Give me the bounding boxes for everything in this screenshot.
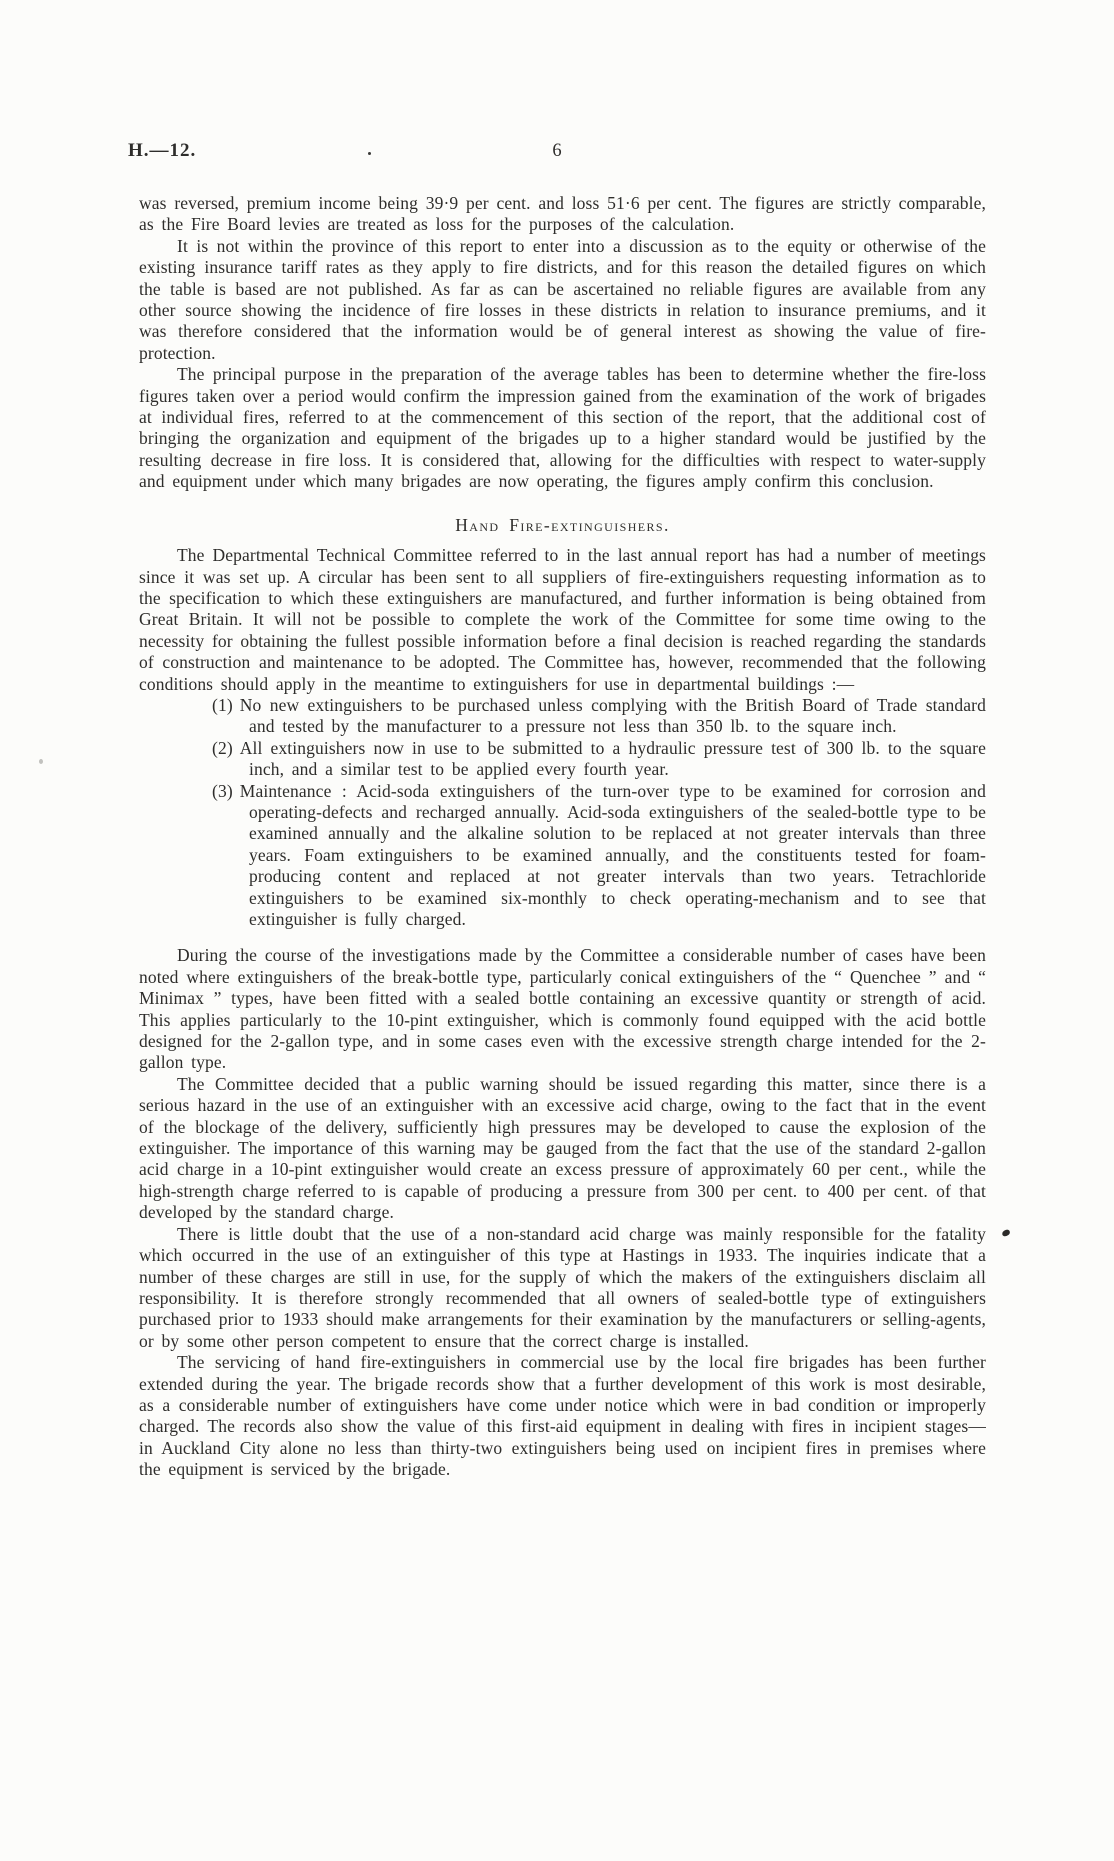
paragraph: The Committee decided that a public warn…	[139, 1074, 986, 1224]
margin-speck	[39, 759, 43, 764]
list-item-number: (1)	[212, 695, 233, 715]
closing-paragraphs: During the course of the investigations …	[139, 945, 986, 1480]
doc-reference: H.—12.	[128, 140, 196, 161]
document-page: H.—12. 6 was reversed, premium income be…	[0, 0, 1114, 1861]
ink-speck	[368, 152, 371, 155]
list-item-text: No new extinguishers to be purchased unl…	[240, 695, 986, 736]
paragraph-continuation: was reversed, premium income being 39·9 …	[139, 193, 986, 236]
list-item: (1)No new extinguishers to be purchased …	[249, 695, 986, 738]
conditions-list: (1)No new extinguishers to be purchased …	[139, 695, 986, 930]
ink-blot	[1001, 1229, 1010, 1237]
paragraph: During the course of the investigations …	[139, 945, 986, 1073]
paragraph: The Departmental Technical Committee ref…	[139, 545, 986, 695]
list-item-number: (2)	[212, 738, 233, 758]
list-item: (2)All extinguishers now in use to be su…	[249, 738, 986, 781]
section-heading: Hand Fire-extinguishers.	[139, 515, 986, 536]
paragraph: There is little doubt that the use of a …	[139, 1224, 986, 1352]
paragraph: It is not within the province of this re…	[139, 236, 986, 364]
list-item-number: (3)	[212, 781, 233, 801]
page-header: H.—12. 6	[128, 140, 986, 166]
page-number: 6	[552, 141, 561, 162]
list-item-text: Maintenance : Acid-soda extinguishers of…	[240, 781, 986, 929]
page-body: was reversed, premium income being 39·9 …	[139, 193, 986, 1481]
list-item: (3)Maintenance : Acid-soda extinguishers…	[249, 781, 986, 931]
paragraph: The principal purpose in the preparation…	[139, 364, 986, 492]
list-item-text: All extinguishers now in use to be submi…	[240, 738, 986, 779]
paragraph: The servicing of hand fire-extinguishers…	[139, 1352, 986, 1480]
